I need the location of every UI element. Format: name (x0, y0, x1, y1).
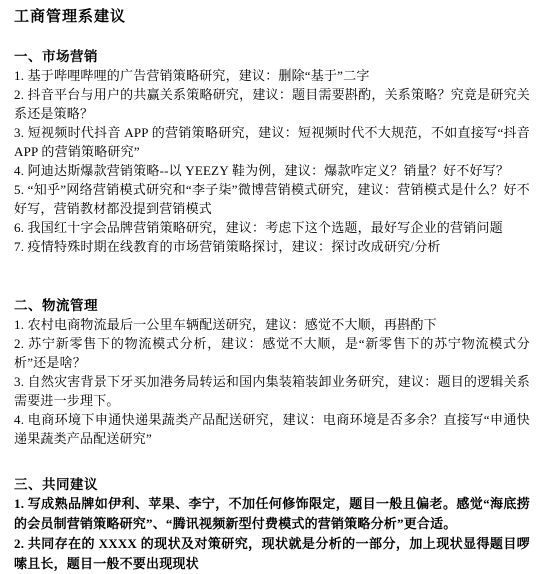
suggestion-item: 5. “知乎”网络营销模式研究和“李子柒”微博营销模式研究，建议：营销模式是什么… (14, 180, 530, 218)
document-page: 工商管理系建议 一、市场营销 1. 基于哔哩哔哩的广告营销策略研究，建议：删除“… (0, 0, 543, 574)
suggestion-item: 2. 抖音平台与用户的共赢关系策略研究，建议：题目需要斟酌，关系策略？究竟是研究… (14, 85, 530, 123)
section-logistics: 二、物流管理 1. 农村电商物流最后一公里车辆配送研究，建议：感觉不大顺，再斟酌… (14, 296, 530, 448)
suggestion-item: 4. 电商环境下申通快递果蔬类产品配送研究，建议：电商环境是否多余？直接写“申通… (14, 410, 530, 448)
suggestion-item: 3. 自然灾害背景下牙买加港务局转运和国内集装箱装卸业务研究，建议：题目的逻辑关… (14, 372, 530, 410)
suggestion-item: 1. 写成熟品牌如伊利、苹果、李宁，不加任何修饰限定，题目一般且偏老。感觉“海底… (14, 494, 530, 534)
section-heading-logistics: 二、物流管理 (14, 296, 530, 315)
suggestion-item: 1. 基于哔哩哔哩的广告营销策略研究，建议：删除“基于”二字 (14, 66, 530, 85)
section-heading-common-suggestions: 三、共同建议 (14, 475, 530, 494)
suggestion-item: 2. 共同存在的 XXXX 的现状及对策研究，现状就是分析的一部分，加上现状显得… (14, 534, 530, 574)
suggestion-item: 6. 我国红十字会品牌营销策略研究，建议：考虑下这个选题，最好写企业的营销问题 (14, 218, 530, 237)
suggestion-item: 2. 苏宁新零售下的物流模式分析，建议：感觉不大顺，是“新零售下的苏宁物流模式分… (14, 334, 530, 372)
section-common-suggestions: 三、共同建议 1. 写成熟品牌如伊利、苹果、李宁，不加任何修饰限定，题目一般且偏… (14, 475, 530, 574)
document-title: 工商管理系建议 (14, 8, 530, 27)
suggestion-item: 3. 短视频时代抖音 APP 的营销策略研究，建议：短视频时代不大规范，不如直接… (14, 123, 530, 161)
section-marketing: 一、市场营销 1. 基于哔哩哔哩的广告营销策略研究，建议：删除“基于”二字 2.… (14, 47, 530, 256)
suggestion-item: 7. 疫情特殊时期在线教育的市场营销策略探讨，建议：探讨改成研究/分析 (14, 237, 530, 256)
suggestion-item: 4. 阿迪达斯爆款营销策略--以 YEEZY 鞋为例，建议：爆款咋定义？销量？好… (14, 161, 530, 180)
section-heading-marketing: 一、市场营销 (14, 47, 530, 66)
suggestion-item: 1. 农村电商物流最后一公里车辆配送研究，建议：感觉不大顺，再斟酌下 (14, 315, 530, 334)
